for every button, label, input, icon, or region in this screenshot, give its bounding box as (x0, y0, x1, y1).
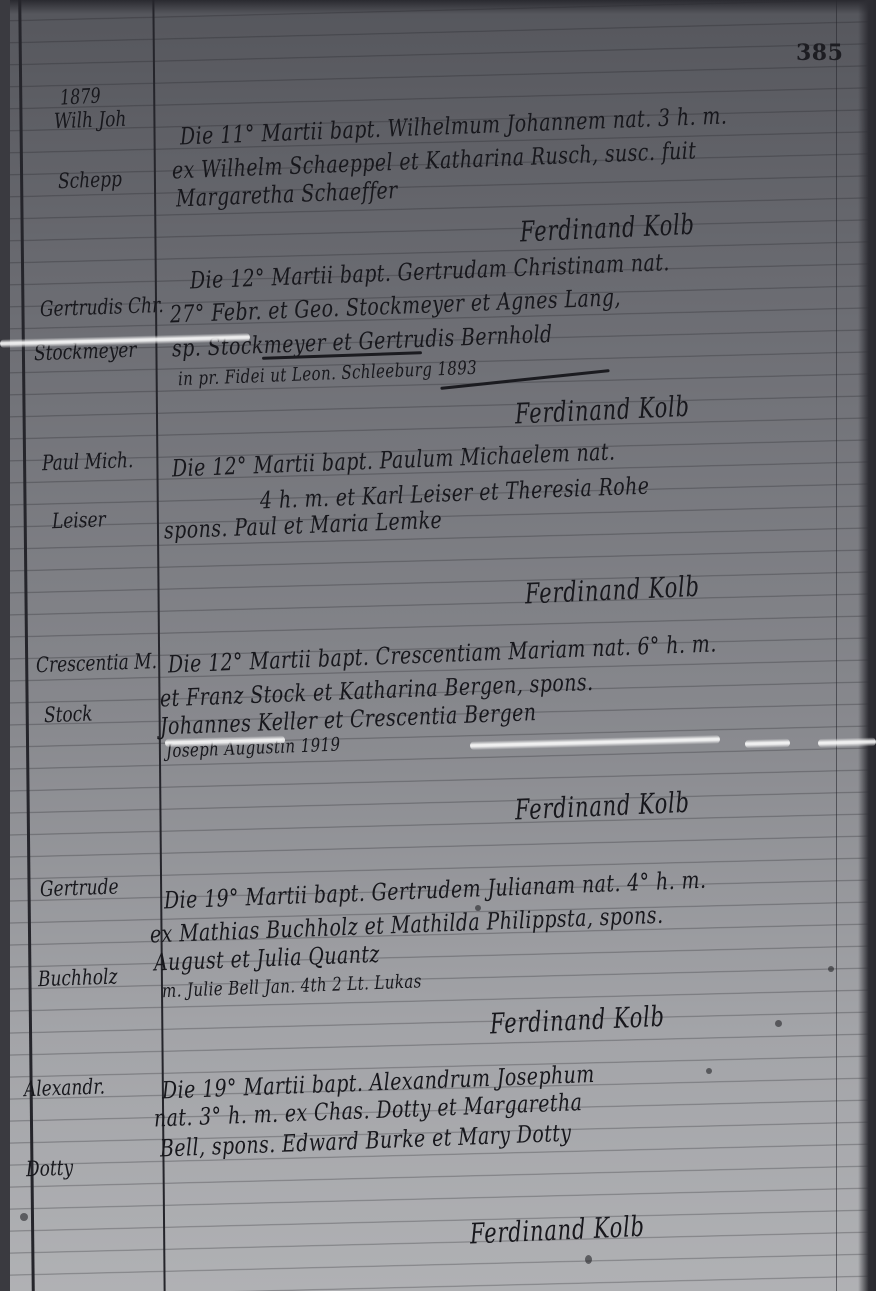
priest-signature: Ferdinand Kolb (524, 570, 700, 610)
priest-signature: Ferdinand Kolb (489, 1000, 665, 1040)
scan-speck (828, 966, 834, 972)
priest-signature: Ferdinand Kolb (469, 1210, 645, 1250)
margin-surname: Dotty (26, 1156, 74, 1183)
scan-speck (706, 1068, 712, 1074)
entry-line: spons. Paul et Maria Lemke (163, 507, 442, 545)
scan-speck (20, 1213, 28, 1221)
scan-top-shadow (0, 0, 876, 14)
scan-right-edge (858, 0, 876, 1291)
margin-name: Gertrude (40, 875, 119, 903)
entry-line: 4 h. m. et Karl Leiser et Theresia Rohe (259, 472, 649, 514)
register-page: 385 1879 Wilh Joh Schepp Die 11° Martii … (0, 0, 876, 1291)
scan-speck (775, 1020, 782, 1027)
priest-signature: Ferdinand Kolb (514, 390, 690, 430)
margin-surname: Stock (44, 702, 93, 729)
entry-line: in pr. Fidei ut Leon. Schleeburg 1893 (178, 356, 478, 390)
scan-scratch (470, 735, 720, 751)
priest-signature: Ferdinand Kolb (514, 786, 690, 826)
margin-surname: Buchholz (38, 965, 118, 993)
scan-speck (585, 1255, 592, 1264)
scan-scratch (818, 737, 876, 748)
priest-signature: Ferdinand Kolb (519, 208, 695, 248)
margin-name: Wilh Joh (54, 107, 127, 135)
margin-name: Alexandr. (24, 1075, 106, 1103)
scan-scratch (745, 738, 790, 748)
margin-name: Crescentia M. (36, 649, 158, 678)
margin-surname: Schepp (58, 167, 123, 194)
margin-name: Paul Mich. (42, 448, 134, 476)
page-number: 385 (796, 40, 843, 66)
margin-name: Gertrudis Chr. (40, 293, 165, 322)
right-margin-rule (836, 0, 837, 1291)
scan-left-edge (0, 0, 10, 1291)
entry-line: Die 12° Martii bapt. Crescentiam Mariam … (167, 630, 717, 679)
margin-surname: Leiser (52, 508, 107, 535)
scan-speck (475, 905, 481, 911)
year-note: 1879 (59, 83, 101, 110)
